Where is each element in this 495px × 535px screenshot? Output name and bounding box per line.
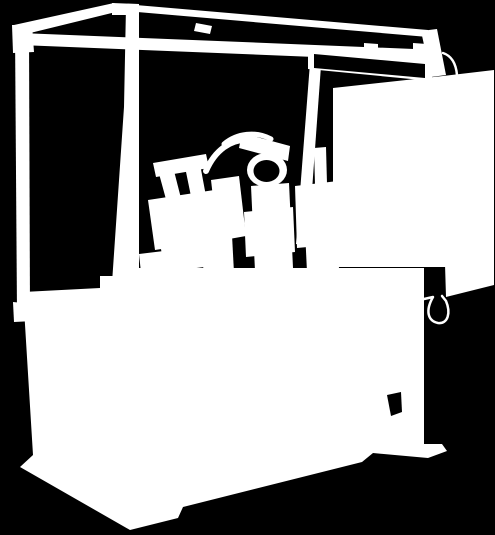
right-tool-foot xyxy=(305,226,339,272)
beam-tab-right xyxy=(413,43,427,58)
cabinet-front-panel xyxy=(333,70,494,267)
ring-foot xyxy=(244,207,295,257)
frame-left-post xyxy=(15,30,30,316)
ring-center-cutout xyxy=(254,160,280,182)
beam-tab-left xyxy=(364,43,378,57)
machine-mask-figure xyxy=(0,0,495,535)
right-tool-bar xyxy=(314,147,327,185)
machine-mask-canvas xyxy=(0,0,495,535)
